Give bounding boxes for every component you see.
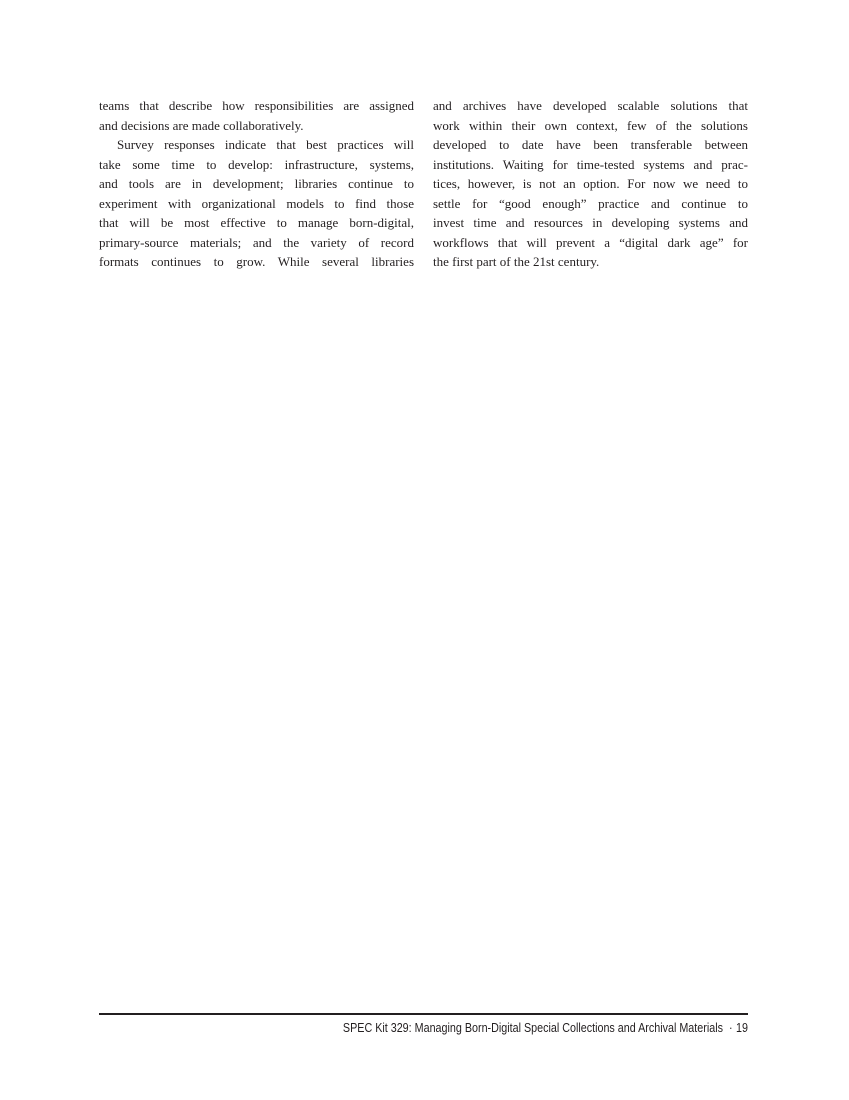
- text-line: primary-source materials; and the variet…: [99, 233, 414, 253]
- text-line: institutions. Waiting for time-tested sy…: [433, 155, 748, 175]
- footer-text-inner: SPEC Kit 329: Managing Born-Digital Spec…: [343, 1021, 748, 1035]
- text-line: workflows that will prevent a “digital d…: [433, 233, 748, 253]
- text-line: work within their own context, few of th…: [433, 116, 748, 136]
- text-line: developed to date have been transferable…: [433, 135, 748, 155]
- text-line: and tools are in development; libraries …: [99, 174, 414, 194]
- footer-rule: [99, 1013, 748, 1015]
- two-column-text-block: teams that describe how responsibilities…: [99, 96, 748, 272]
- text-line: take some time to develop: infrastructur…: [99, 155, 414, 175]
- text-line: the first part of the 21st century.: [433, 252, 748, 272]
- text-line: that will be most effective to manage bo…: [99, 213, 414, 233]
- footer-separator: ·: [729, 1021, 733, 1035]
- text-line: tices, however, is not an option. For no…: [433, 174, 748, 194]
- text-line: formats continues to grow. While several…: [99, 252, 414, 272]
- page-number: 19: [736, 1021, 748, 1035]
- footer-running-title: SPEC Kit 329: Managing Born-Digital Spec…: [343, 1021, 723, 1035]
- footer-text: SPEC Kit 329: Managing Born-Digital Spec…: [99, 1021, 748, 1035]
- text-line: and decisions are made collaboratively.: [99, 116, 414, 136]
- text-line: Survey responses indicate that best prac…: [99, 135, 414, 155]
- page-footer: SPEC Kit 329: Managing Born-Digital Spec…: [99, 1013, 748, 1035]
- left-column: teams that describe how responsibilities…: [99, 96, 414, 272]
- text-line: experiment with organizational models to…: [99, 194, 414, 214]
- text-line: settle for “good enough” practice and co…: [433, 194, 748, 214]
- right-column: and archives have developed scalable sol…: [433, 96, 748, 272]
- text-line: invest time and resources in developing …: [433, 213, 748, 233]
- text-line: and archives have developed scalable sol…: [433, 96, 748, 116]
- text-line: teams that describe how responsibilities…: [99, 96, 414, 116]
